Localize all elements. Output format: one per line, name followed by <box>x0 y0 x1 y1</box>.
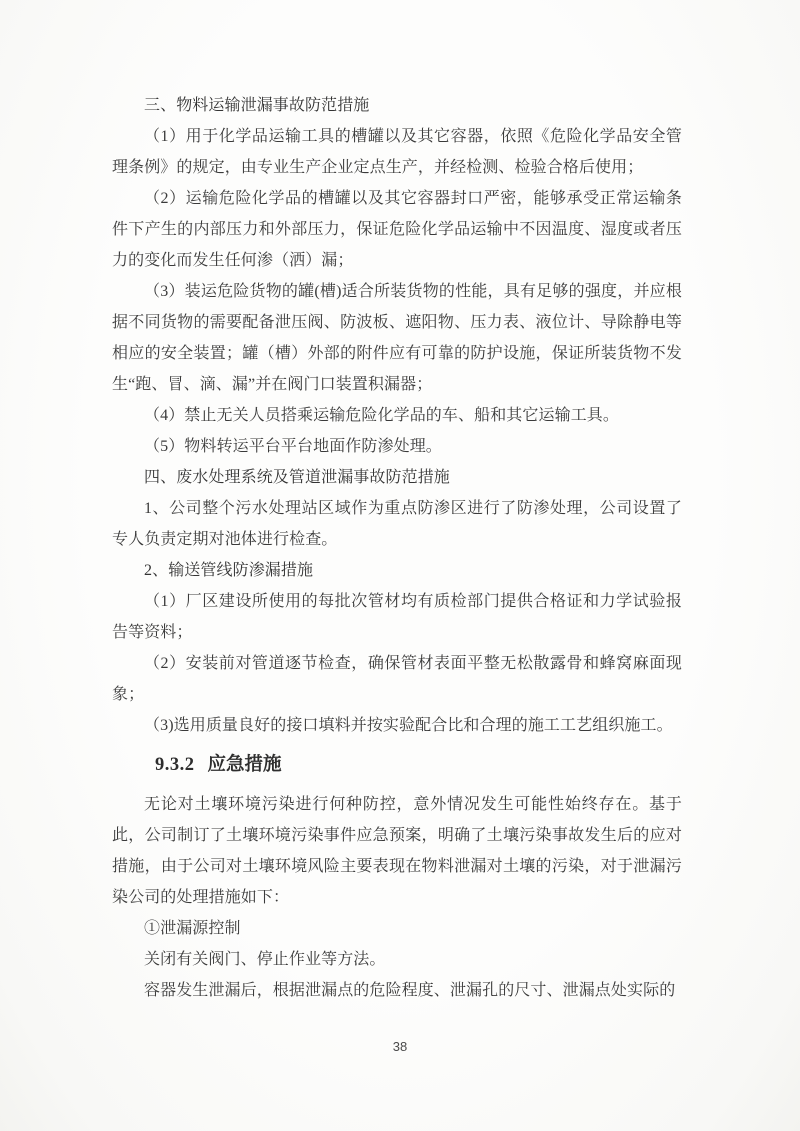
page-content: 三、物料运输泄漏事故防范措施 （1）用于化学品运输工具的槽罐以及其它容器，依照《… <box>112 90 682 1006</box>
section-4-heading: 四、废水处理系统及管道泄漏事故防范措施 <box>112 462 682 493</box>
paragraph: （3)选用质量良好的接口填料并按实验配合比和合理的施工工艺组织施工。 <box>112 710 682 741</box>
paragraph: 无论对土壤环境污染进行何种防控，意外情况发生可能性始终存在。基于此，公司制订了土… <box>112 789 682 913</box>
paragraph: （1）厂区建设所使用的每批次管材均有质检部门提供合格证和力学试验报告等资料； <box>112 586 682 648</box>
paragraph: 关闭有关阀门、停止作业等方法。 <box>112 944 682 975</box>
subsection-2-heading: 2、输送管线防渗漏措施 <box>112 555 682 586</box>
paragraph: ①泄漏源控制 <box>112 913 682 944</box>
paragraph: （2）运输危险化学品的槽罐以及其它容器封口严密，能够承受正常运输条件下产生的内部… <box>112 183 682 276</box>
section-3-heading: 三、物料运输泄漏事故防范措施 <box>112 90 682 121</box>
section-title: 应急措施 <box>208 755 282 775</box>
page-number: 38 <box>0 1039 800 1054</box>
section-number: 9.3.2 <box>155 755 195 775</box>
paragraph: （1）用于化学品运输工具的槽罐以及其它容器，依照《危险化学品安全管理条例》的规定… <box>112 121 682 183</box>
paragraph: 1、公司整个污水处理站区域作为重点防渗区进行了防渗处理，公司设置了专人负责定期对… <box>112 493 682 555</box>
document-page: 三、物料运输泄漏事故防范措施 （1）用于化学品运输工具的槽罐以及其它容器，依照《… <box>0 0 800 1131</box>
paragraph: 容器发生泄漏后，根据泄漏点的危险程度、泄漏孔的尺寸、泄漏点处实际的 <box>112 975 682 1006</box>
paragraph: （4）禁止无关人员搭乘运输危险化学品的车、船和其它运输工具。 <box>112 400 682 431</box>
paragraph: （3）装运危险货物的罐(槽)适合所装货物的性能，具有足够的强度，并应根据不同货物… <box>112 276 682 400</box>
paragraph: （5）物料转运平台平台地面作防渗处理。 <box>112 431 682 462</box>
paragraph: （2）安装前对管道逐节检查，确保管材表面平整无松散露骨和蜂窝麻面现象； <box>112 648 682 710</box>
section-9-3-2-heading: 9.3.2应急措施 <box>112 749 682 781</box>
